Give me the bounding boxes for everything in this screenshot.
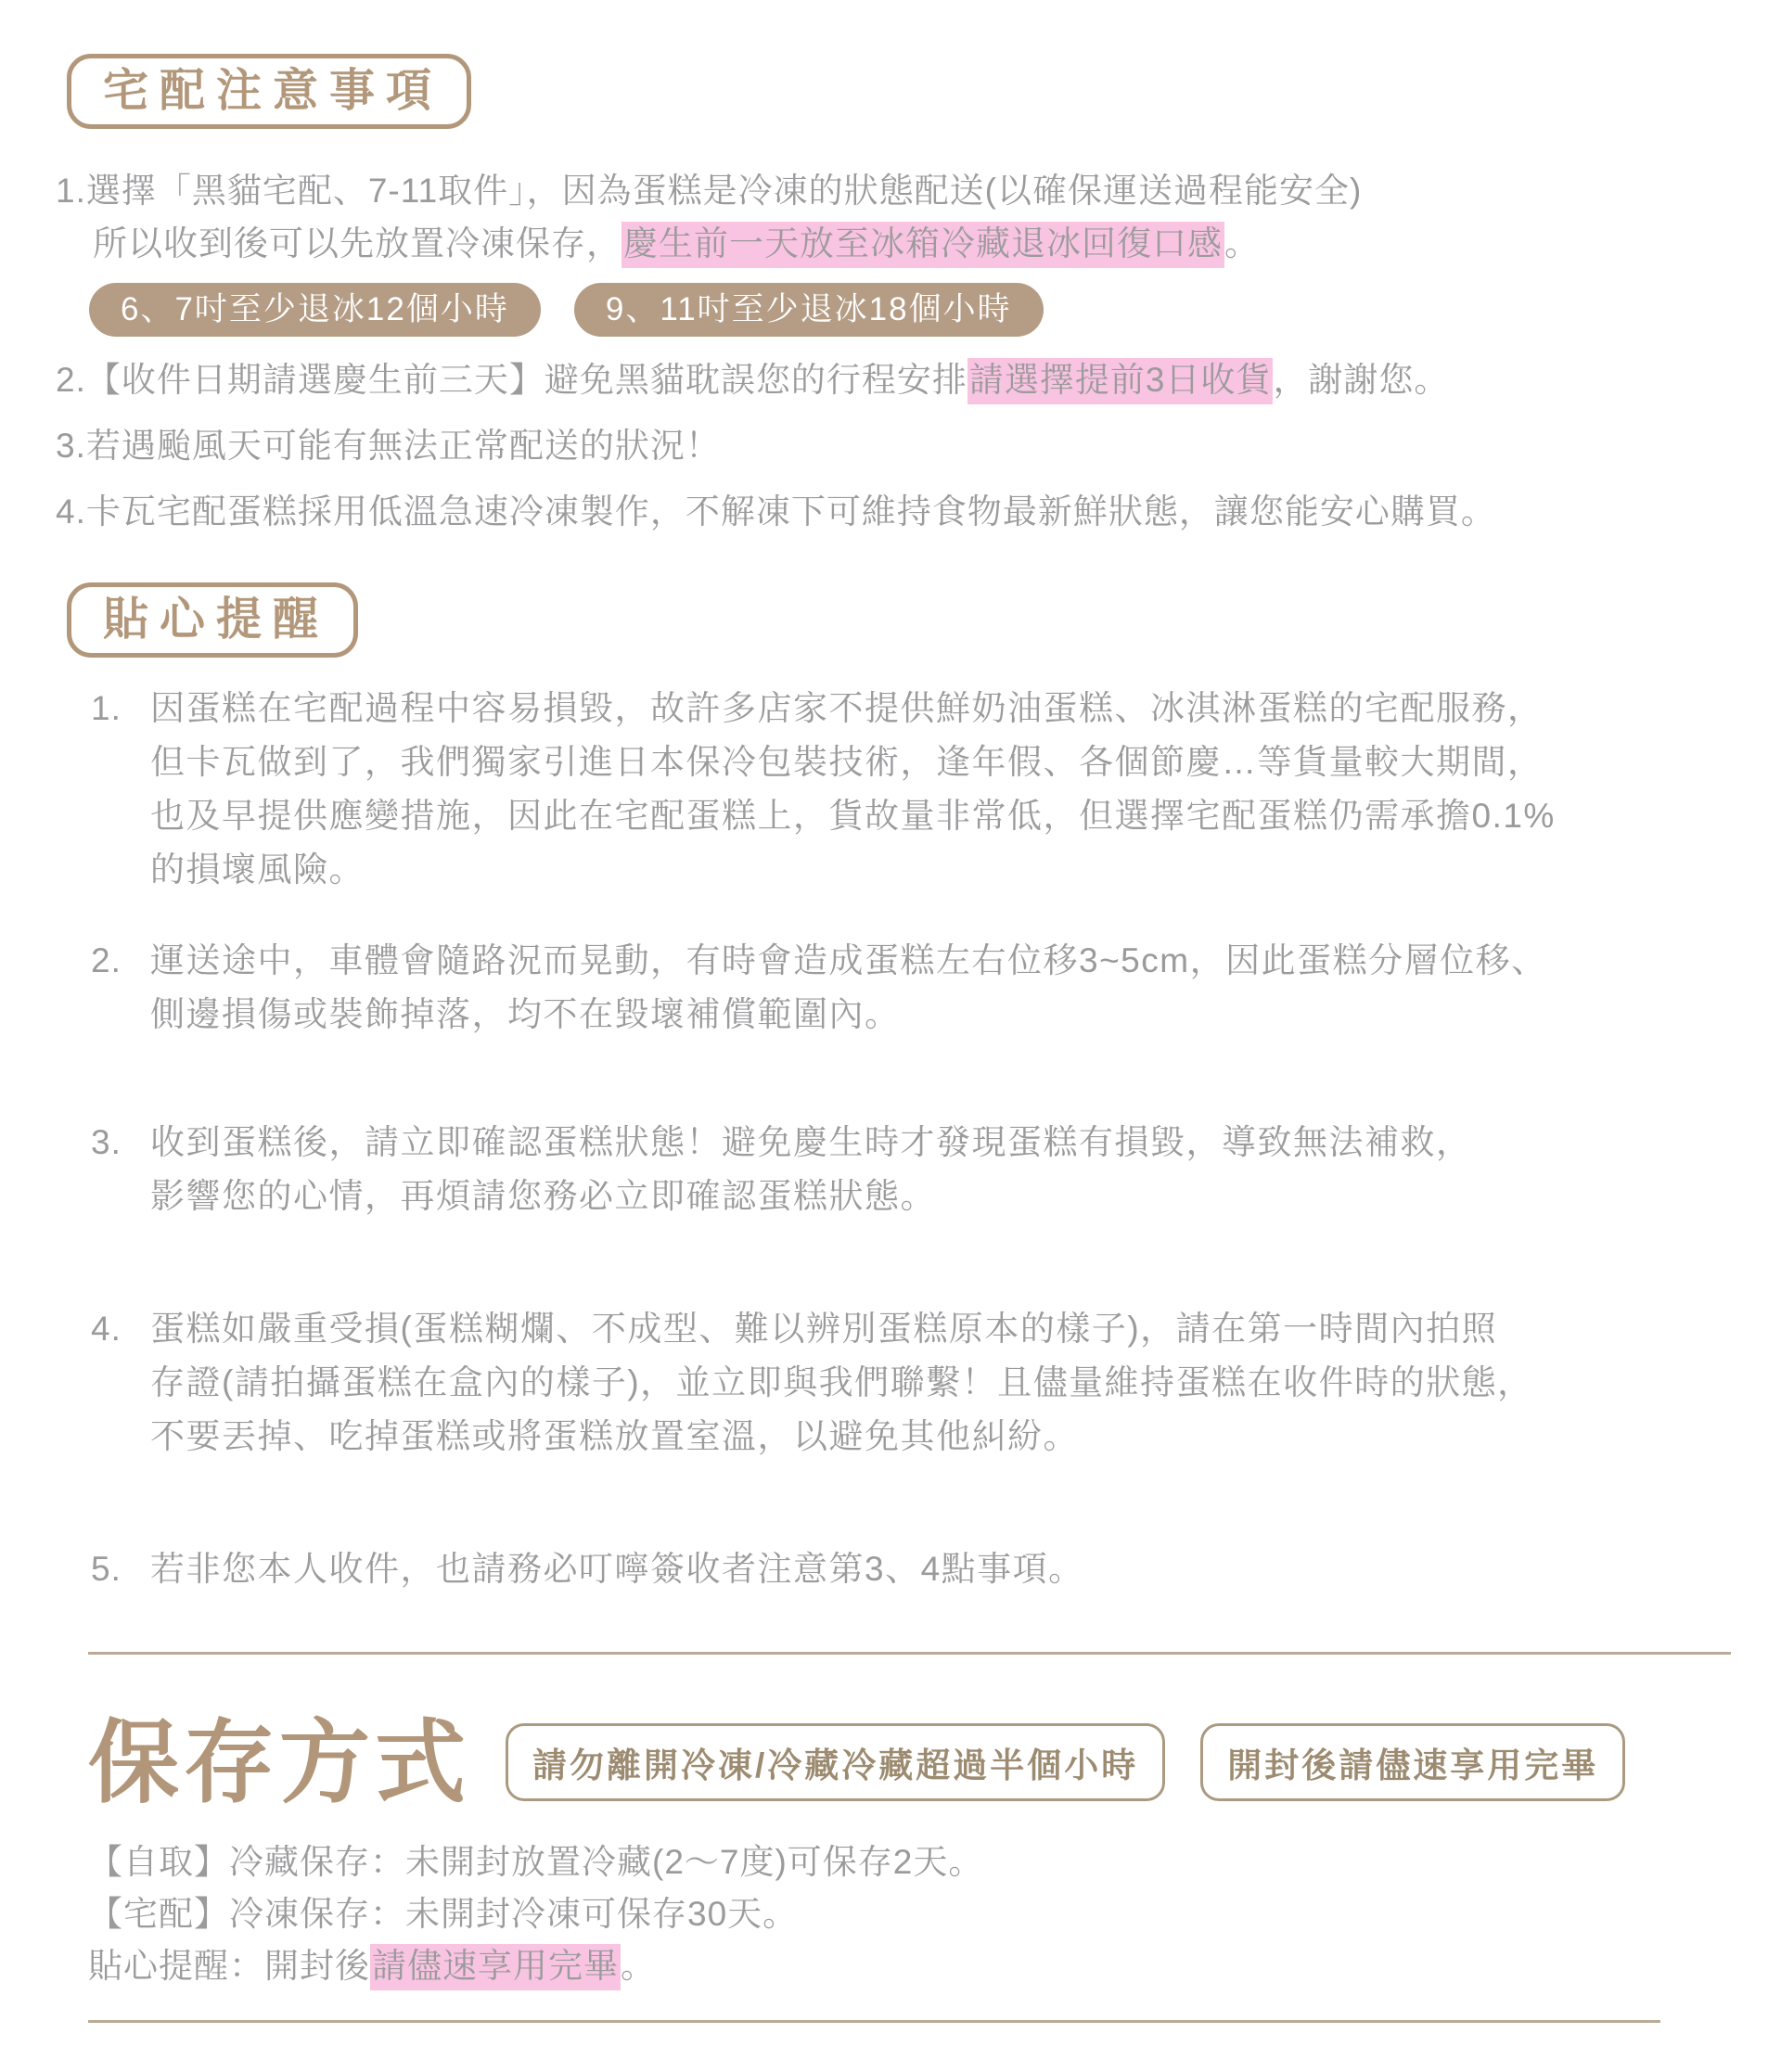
storage-pickup-line: 【自取】冷藏保存：未開封放置冷藏(2～7度)可保存2天。 [88, 1836, 1731, 1888]
item-number: 1. [91, 682, 150, 735]
defrost-pill-large: 9、11吋至少退冰18個小時 [574, 283, 1044, 337]
highlighted-text: 慶生前一天放至冰箱冷藏退冰回復口感 [621, 222, 1224, 268]
care-item1-line: 也及早提供應變措施，因此在宅配蛋糕上，貨故量非常低，但選擇宅配蛋糕仍需承擔0.1… [150, 789, 1731, 843]
delivery-section: 宅配注意事項 1.選擇「黑貓宅配、7-11取件」，因為蛋糕是冷凍的狀態配送(以確… [56, 54, 1731, 538]
item-number: 4. [91, 1302, 150, 1356]
delivery-item1-line2: 所以收到後可以先放置冷凍保存，慶生前一天放至冰箱冷藏退冰回復口感。 [56, 217, 1731, 270]
list-item: 3. 收到蛋糕後，請立即確認蛋糕狀態！避免慶生時才發現蛋糕有損毀，導致無法補救，… [91, 1116, 1731, 1223]
care-item2-line: 運送途中，車體會隨路況而晃動，有時會造成蛋糕左右位移3~5cm，因此蛋糕分層位移… [150, 934, 1731, 988]
defrost-pill-small: 6、7吋至少退冰12個小時 [89, 283, 541, 337]
defrost-pill-row: 6、7吋至少退冰12個小時 9、11吋至少退冰18個小時 [89, 283, 1731, 337]
divider [88, 1652, 1731, 1655]
care-item3-line: 影響您的心情，再煩請您務必立即確認蛋糕狀態。 [150, 1170, 1731, 1223]
item-number: 2. [91, 934, 150, 988]
storage-reminder-line: 貼心提醒：開封後請儘速享用完畢。 [88, 1940, 1731, 1992]
text-segment: 。 [1224, 224, 1260, 262]
text-segment: ，謝謝您。 [1273, 361, 1449, 399]
text-segment: 2.【收件日期請選慶生前三天】避免黑貓耽誤您的行程安排 [56, 361, 967, 399]
storage-header-row: 保存方式 請勿離開冷凍/冷藏冷藏超過半個小時 開封後請儘速享用完畢 [88, 1701, 1731, 1823]
storage-rule-box-1: 請勿離開冷凍/冷藏冷藏超過半個小時 [506, 1723, 1165, 1801]
care-section: 貼心提醒 [56, 582, 1731, 658]
care-list: 1. 因蛋糕在宅配過程中容易損毀，故許多店家不提供鮮奶油蛋糕、冰淇淋蛋糕的宅配服… [56, 682, 1731, 1596]
storage-title: 保存方式 [88, 1701, 470, 1823]
care-item4-line: 存證(請拍攝蛋糕在盒內的樣子)，並立即與我們聯繫！且儘量維持蛋糕在收件時的狀態， [150, 1356, 1731, 1410]
care-item1-line: 的損壞風險。 [150, 843, 1731, 897]
storage-rule-box-2: 開封後請儘速享用完畢 [1200, 1723, 1625, 1801]
care-item3-line: 收到蛋糕後，請立即確認蛋糕狀態！避免慶生時才發現蛋糕有損毀，導致無法補救， [150, 1116, 1731, 1170]
delivery-item1-line1: 1.選擇「黑貓宅配、7-11取件」，因為蛋糕是冷凍的狀態配送(以確保運送過程能安… [56, 164, 1731, 217]
care-item2-line: 側邊損傷或裝飾掉落，均不在毀壞補償範圍內。 [150, 988, 1731, 1042]
delivery-notice-badge: 宅配注意事項 [67, 54, 471, 129]
care-item1-line: 因蛋糕在宅配過程中容易損毀，故許多店家不提供鮮奶油蛋糕、冰淇淋蛋糕的宅配服務， [150, 682, 1731, 735]
list-item: 1. 因蛋糕在宅配過程中容易損毀，故許多店家不提供鮮奶油蛋糕、冰淇淋蛋糕的宅配服… [91, 682, 1731, 897]
text-segment: 所以收到後可以先放置冷凍保存， [93, 224, 621, 262]
item-number: 3. [91, 1116, 150, 1170]
care-item4-line: 不要丟掉、吃掉蛋糕或將蛋糕放置室溫，以避免其他糾紛。 [150, 1410, 1731, 1464]
delivery-list: 1.選擇「黑貓宅配、7-11取件」，因為蛋糕是冷凍的狀態配送(以確保運送過程能安… [56, 164, 1731, 538]
divider [88, 2020, 1660, 2023]
care-item1-line: 但卡瓦做到了，我們獨家引進日本保冷包裝技術，逢年假、各個節慶…等貨量較大期間， [150, 735, 1731, 789]
list-item: 2. 運送途中，車體會隨路況而晃動，有時會造成蛋糕左右位移3~5cm，因此蛋糕分… [91, 934, 1731, 1042]
list-item: 2.【收件日期請選慶生前三天】避免黑貓耽誤您的行程安排請選擇提前3日收貨，謝謝您… [56, 353, 1731, 406]
highlighted-text: 請儘速享用完畢 [370, 1944, 621, 1990]
list-item: 4.卡瓦宅配蛋糕採用低溫急速冷凍製作，不解凍下可維持食物最新鮮狀態，讓您能安心購… [56, 485, 1731, 538]
highlighted-text: 請選擇提前3日收貨 [967, 358, 1274, 404]
list-item: 1.選擇「黑貓宅配、7-11取件」，因為蛋糕是冷凍的狀態配送(以確保運送過程能安… [56, 164, 1731, 270]
storage-delivery-line: 【宅配】冷凍保存：未開封冷凍可保存30天。 [88, 1888, 1731, 1940]
list-item: 5. 若非您本人收件，也請務必叮嚀簽收者注意第3、4點事項。 [91, 1542, 1731, 1596]
list-item: 4. 蛋糕如嚴重受損(蛋糕糊爛、不成型、難以辨別蛋糕原本的樣子)，請在第一時間內… [91, 1302, 1731, 1464]
care-item5-line: 若非您本人收件，也請務必叮嚀簽收者注意第3、4點事項。 [150, 1542, 1731, 1596]
care-reminder-badge: 貼心提醒 [67, 582, 358, 658]
storage-info: 【自取】冷藏保存：未開封放置冷藏(2～7度)可保存2天。 【宅配】冷凍保存：未開… [88, 1836, 1731, 1992]
care-item4-line: 蛋糕如嚴重受損(蛋糕糊爛、不成型、難以辨別蛋糕原本的樣子)，請在第一時間內拍照 [150, 1302, 1731, 1356]
item-number: 5. [91, 1542, 150, 1596]
text-segment: 。 [621, 1947, 656, 1985]
list-item: 3.若遇颱風天可能有無法正常配送的狀況！ [56, 419, 1731, 472]
text-segment: 貼心提醒：開封後 [88, 1947, 370, 1985]
delivery-notice-page: 宅配注意事項 1.選擇「黑貓宅配、7-11取件」，因為蛋糕是冷凍的狀態配送(以確… [0, 0, 1781, 2072]
